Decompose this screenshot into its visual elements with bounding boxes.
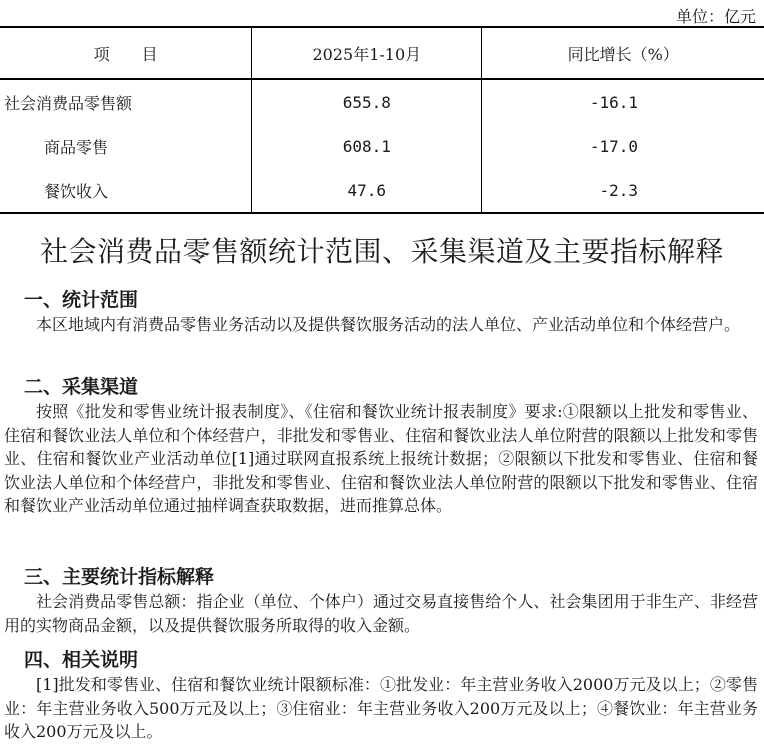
row-value: 608.1 — [252, 124, 482, 168]
header-item: 项 目 — [0, 27, 252, 79]
row-item: 餐饮收入 — [0, 168, 252, 213]
row-growth: -2.3 — [482, 168, 764, 213]
section-body: 本区地域内有消费品零售业务活动以及提供餐饮服务活动的法人单位、产业活动单位和个体… — [0, 313, 764, 337]
retail-sales-table: 项 目 2025年1-10月 同比增长（%） 社会消费品零售额 655.8 -1… — [0, 26, 764, 214]
row-growth: -16.1 — [482, 79, 764, 124]
row-item: 商品零售 — [0, 124, 252, 168]
table-row: 社会消费品零售额 655.8 -16.1 — [0, 79, 764, 124]
section-body: 按照《批发和零售业统计报表制度》、《住宿和餐饮业统计报表制度》要求:①限额以上批… — [0, 400, 764, 518]
table-header-row: 项 目 2025年1-10月 同比增长（%） — [0, 27, 764, 79]
unit-label: 单位：亿元 — [676, 4, 756, 27]
row-value: 655.8 — [252, 79, 482, 124]
section-notes: 四、相关说明 [1]批发和零售业、住宿和餐饮业统计限额标准：①批发业：年主营业务… — [0, 647, 764, 744]
table-row: 商品零售 608.1 -17.0 — [0, 124, 764, 168]
row-value: 47.6 — [252, 168, 482, 213]
document-title: 社会消费品零售额统计范围、采集渠道及主要指标解释 — [0, 230, 764, 270]
section-heading: 三、主要统计指标解释 — [0, 564, 764, 590]
row-item: 社会消费品零售额 — [0, 79, 252, 124]
section-heading: 一、统计范围 — [0, 287, 764, 313]
section-heading: 二、采集渠道 — [0, 374, 764, 400]
header-period: 2025年1-10月 — [252, 27, 482, 79]
row-growth: -17.0 — [482, 124, 764, 168]
section-body: [1]批发和零售业、住宿和餐饮业统计限额标准：①批发业：年主营业务收入2000万… — [0, 673, 764, 744]
table-row: 餐饮收入 47.6 -2.3 — [0, 168, 764, 213]
section-heading: 四、相关说明 — [0, 647, 764, 673]
section-indicators: 三、主要统计指标解释 社会消费品零售总额：指企业（单位、个体户）通过交易直接售给… — [0, 564, 764, 637]
section-body: 社会消费品零售总额：指企业（单位、个体户）通过交易直接售给个人、社会集团用于非生… — [0, 590, 764, 637]
section-channels: 二、采集渠道 按照《批发和零售业统计报表制度》、《住宿和餐饮业统计报表制度》要求… — [0, 374, 764, 518]
header-growth: 同比增长（%） — [482, 27, 764, 79]
section-scope: 一、统计范围 本区地域内有消费品零售业务活动以及提供餐饮服务活动的法人单位、产业… — [0, 287, 764, 337]
